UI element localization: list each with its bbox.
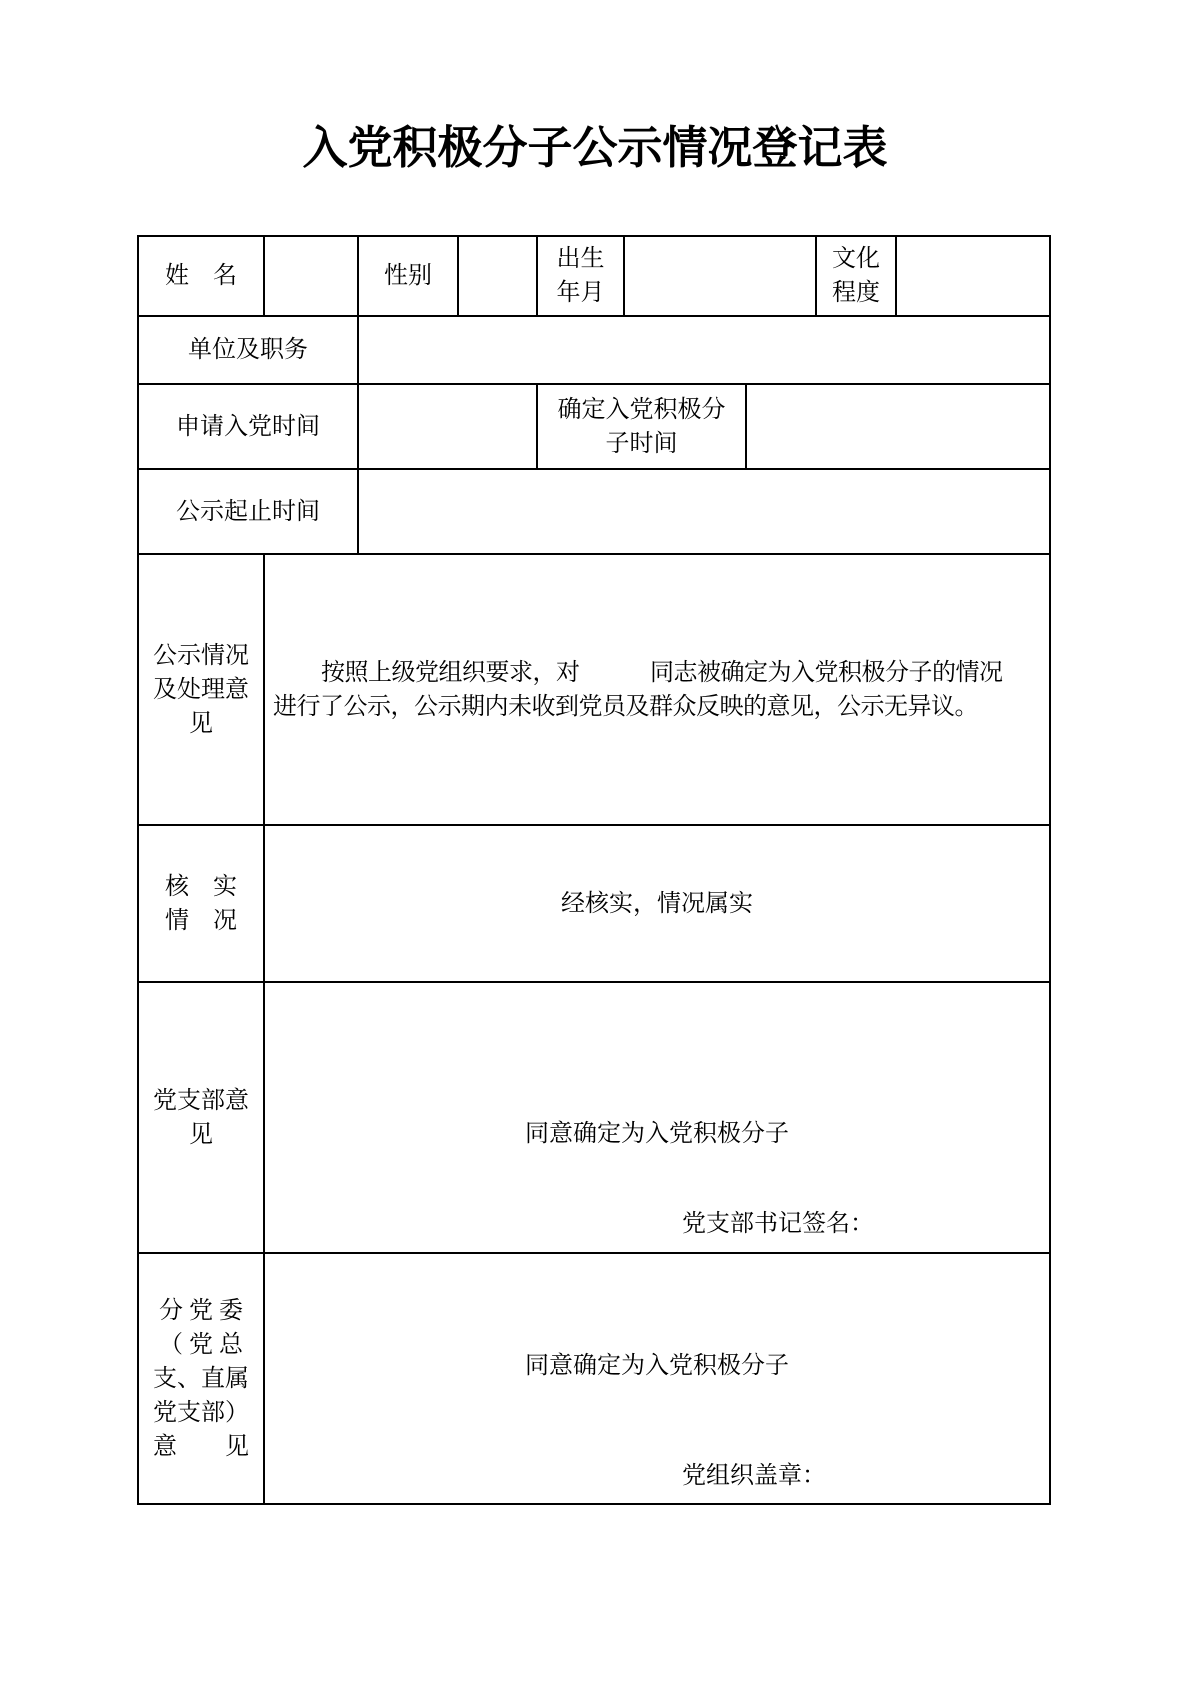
row-publicity-period: 公示起止时间	[138, 469, 1050, 554]
committee-opinion-label: 分 党 委 （ 党 总 支、直属 党支部） 意 见	[138, 1253, 264, 1504]
page-title: 入党积极分子公示情况登记表	[0, 0, 1190, 186]
verification-label: 核 实 情 况	[138, 825, 264, 982]
education-label: 文化 程度	[816, 236, 896, 316]
publicity-result-line2: 进行了公示，公示期内未收到党员及群众反映的意见，公示无异议。	[273, 690, 1041, 724]
publicity-period-label: 公示起止时间	[138, 469, 358, 554]
branch-opinion-cell: 同意确定为入党积极分子 党支部书记签名：	[264, 982, 1050, 1253]
name-label: 姓 名	[138, 236, 264, 316]
verification-text-cell: 经核实，情况属实	[264, 825, 1050, 982]
row-committee-opinion: 分 党 委 （ 党 总 支、直属 党支部） 意 见 同意确定为入党积极分子 党组…	[138, 1253, 1050, 1504]
gender-label: 性别	[358, 236, 458, 316]
publicity-result-label: 公示情况 及处理意 见	[138, 554, 264, 825]
publicity-result-text-cell: 按照上级党组织要求，对 同志被确定为入党积极分子的情况 进行了公示，公示期内未收…	[264, 554, 1050, 825]
branch-secretary-signature-label: 党支部书记签名：	[273, 1207, 1041, 1241]
registration-table: 姓 名 性别 出生 年月 文化 程度 单位及职务 申请入党时间 确定入党积极分 …	[137, 235, 1051, 1505]
birth-date-input-cell[interactable]	[624, 236, 816, 316]
publicity-period-input-cell[interactable]	[358, 469, 1050, 554]
name-input-cell[interactable]	[264, 236, 358, 316]
confirm-time-label: 确定入党积极分 子时间	[537, 384, 746, 469]
branch-approval-text: 同意确定为入党积极分子	[273, 1117, 1041, 1151]
apply-time-input-cell[interactable]	[358, 384, 537, 469]
committee-approval-text: 同意确定为入党积极分子	[273, 1349, 1041, 1383]
branch-opinion-label: 党支部意 见	[138, 982, 264, 1253]
organization-seal-label: 党组织盖章：	[273, 1459, 1041, 1493]
apply-time-label: 申请入党时间	[138, 384, 358, 469]
gender-input-cell[interactable]	[458, 236, 537, 316]
row-branch-opinion: 党支部意 见 同意确定为入党积极分子 党支部书记签名：	[138, 982, 1050, 1253]
row-publicity-result: 公示情况 及处理意 见 按照上级党组织要求，对 同志被确定为入党积极分子的情况 …	[138, 554, 1050, 825]
row-verification: 核 实 情 况 经核实，情况属实	[138, 825, 1050, 982]
unit-position-label: 单位及职务	[138, 316, 358, 384]
row-unit-position: 单位及职务	[138, 316, 1050, 384]
row-basic-info: 姓 名 性别 出生 年月 文化 程度	[138, 236, 1050, 316]
row-times: 申请入党时间 确定入党积极分 子时间	[138, 384, 1050, 469]
birth-date-label: 出生 年月	[537, 236, 624, 316]
publicity-result-line1: 按照上级党组织要求，对 同志被确定为入党积极分子的情况	[273, 656, 1041, 690]
unit-position-input-cell[interactable]	[358, 316, 1050, 384]
confirm-time-input-cell[interactable]	[746, 384, 1050, 469]
education-input-cell[interactable]	[896, 236, 1050, 316]
committee-opinion-cell: 同意确定为入党积极分子 党组织盖章：	[264, 1253, 1050, 1504]
